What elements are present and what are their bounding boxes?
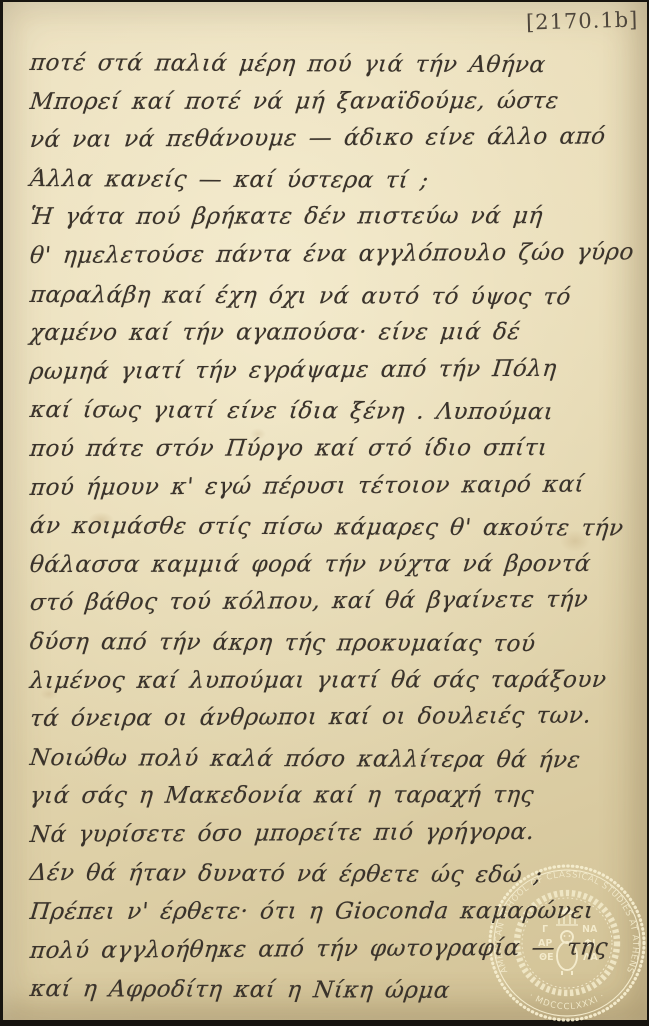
handwriting-line: Νά γυρίσετε όσο μπορείτε πιό γρήγορα. [28,812,632,854]
handwriting-line: θάλασσα καμμιά φορά τήν νύχτα νά βροντά [28,545,632,585]
handwriting-line: θ' ημελετούσε πάντα ένα αγγλόπουλο ζώο γ… [28,233,632,275]
handwriting-line: χαμένο καί τήν αγαπούσα· είνε μιά δέ [28,313,632,353]
handwriting-line: Ἡ γάτα πού βρήκατε δέν πιστεύω νά μή [28,197,632,237]
handwriting-line: Δέν θά ήταν δυνατό νά έρθετε ώς εδώ ; [28,854,632,895]
handwriting-line: γιά σάς η Μακεδονία καί η ταραχή της [28,776,632,816]
handwriting-line: πού πάτε στόν Πύργο καί στό ίδιο σπίτι [28,429,632,469]
archive-number-label: [2170.1b] [526,8,639,35]
handwriting-line: στό βάθος τού κόλπου, καί θά βγαίνετε τή… [28,581,632,623]
handwriting-line: καί ίσως γιατί είνε ίδια ξένη . Λυπούμαι [28,391,632,432]
handwriting-line: παραλάβη καί έχη όχι νά αυτό τό ύψος τό [28,276,632,317]
handwriting-line: ρωμηά γιατί τήν εγράψαμε από τήν Πόλη [28,349,632,391]
handwriting-line: Πρέπει ν' έρθετε· ότι η Gioconda καμαρών… [28,892,632,932]
handwriting-line: ποτέ στά παλιά μέρη πού γιά τήν Αθήνα [28,44,632,85]
handwriting-line: Νοιώθω πολύ καλά πόσο καλλίτερα θά ήνε [28,739,632,780]
handwriting-lines: ποτέ στά παλιά μέρη πού γιά τήν ΑθήναΜπο… [30,44,630,1009]
handwriting-line: καί η Αφροδίτη καί η Νίκη ώρμα [28,970,632,1011]
handwriting-line: δύση από τήν άκρη τής προκυμαίας τού [28,623,632,664]
handwriting-line: λιμένος καί λυπούμαι γιατί θά σάς ταράξο… [28,660,632,700]
handwriting-line: Άλλα κανείς — καί ύστερα τί ; [28,160,632,201]
handwriting-line: τά όνειρα οι άνθρωποι καί οι δουλειές τω… [28,696,632,738]
handwriting-line: νά ναι νά πεθάνουμε — άδικο είνε άλλο απ… [28,118,632,160]
handwriting-line: πολύ αγγλοήθηκε από τήν φωτογραφία — της [28,928,632,970]
handwriting-line: πού ήμουν κ' εγώ πέρυσι τέτοιον καιρό κα… [28,465,632,507]
handwriting-line: άν κοιμάσθε στίς πίσω κάμαρες θ' ακούτε … [28,507,632,548]
handwriting-line: Μπορεί καί ποτέ νά μή ξαναϊδούμε, ώστε [28,82,632,122]
